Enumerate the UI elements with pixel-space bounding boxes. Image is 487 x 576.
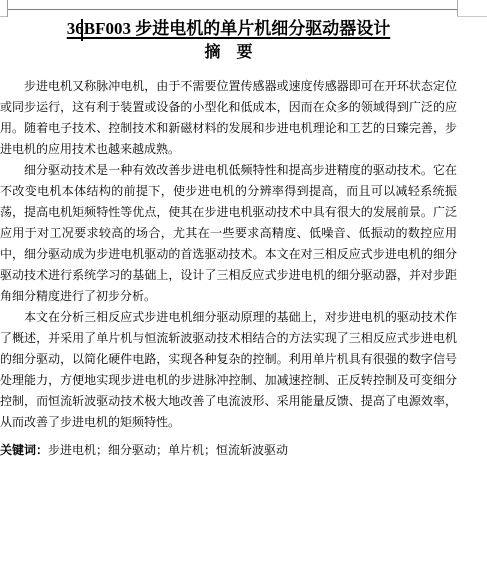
abstract-paragraph: 细分驱动技术是一种有效改善步进电机低频特性和提高步进精度的驱动技术。它在不改变电…	[0, 160, 457, 307]
keywords-label: 关键词：	[0, 443, 48, 457]
keywords-line: 关键词：步进电机；细分驱动；单片机；恒流斩波驱动	[0, 440, 457, 461]
keywords-value: 步进电机；细分驱动；单片机；恒流斩波驱动	[48, 443, 288, 457]
document-page[interactable]: 36BF003 步进电机的单片机细分驱动器设计 摘 要 步进电机又称脉冲电机，由…	[0, 0, 487, 576]
abstract-body: 步进电机又称脉冲电机，由于不需要位置传感器或速度传感器即可在开环状态定位或同步运…	[0, 76, 457, 433]
crop-mark-top-left-vertical	[7, 0, 8, 17]
abstract-heading: 摘 要	[0, 43, 457, 63]
crop-mark-top-right-vertical	[457, 0, 458, 17]
abstract-paragraph: 步进电机又称脉冲电机，由于不需要位置传感器或速度传感器即可在开环状态定位或同步运…	[0, 76, 457, 160]
page-boundary-line	[8, 9, 457, 10]
abstract-paragraph: 本文在分析三相反应式步进电机细分驱动原理的基础上，对步进电机的驱动技术作了概述，…	[0, 307, 457, 433]
document-title: 36BF003 步进电机的单片机细分驱动器设计	[0, 17, 457, 41]
crop-mark-top-right-horizontal	[457, 16, 487, 17]
